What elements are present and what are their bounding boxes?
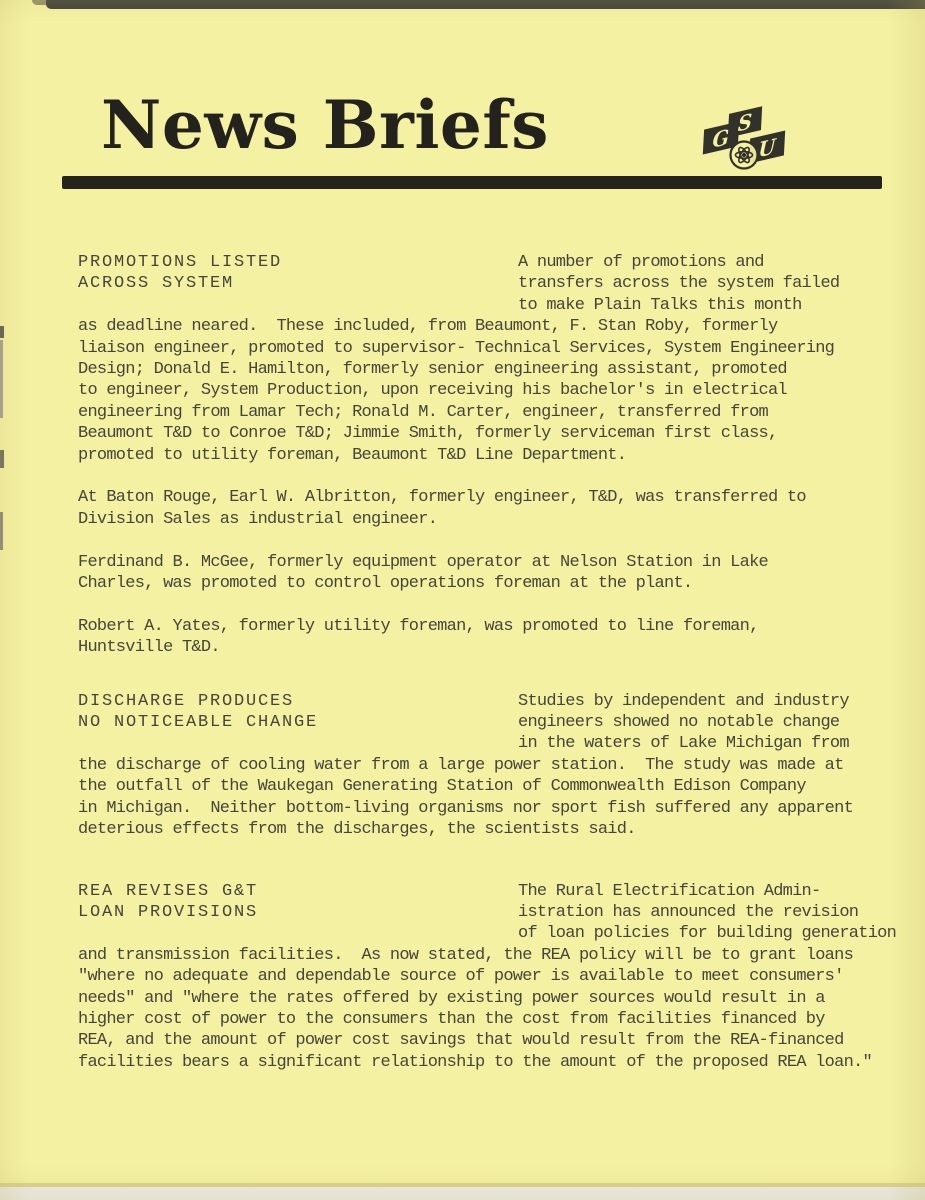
- section-intro-text: Studies by independent and industry engi…: [518, 691, 884, 755]
- masthead-divider-rule: [62, 176, 882, 189]
- article-content: PROMOTIONS LISTED ACROSS SYSTEM A number…: [78, 252, 884, 1073]
- section-promotions: PROMOTIONS LISTED ACROSS SYSTEM A number…: [78, 252, 884, 659]
- section-body-text: the discharge of cooling water from a la…: [78, 755, 884, 841]
- section-heading: REA REVISES G&T LOAN PROVISIONS: [78, 881, 518, 924]
- paper-edge-mark: [0, 512, 3, 550]
- section-paragraph: Robert A. Yates, formerly utility forema…: [78, 616, 884, 659]
- paper-edge-mark: [0, 326, 4, 338]
- section-discharge: DISCHARGE PRODUCES NO NOTICEABLE CHANGE …: [78, 691, 884, 841]
- section-heading: DISCHARGE PRODUCES NO NOTICEABLE CHANGE: [78, 691, 518, 734]
- logo-letter-u: U: [758, 134, 777, 163]
- section-head-row: PROMOTIONS LISTED ACROSS SYSTEM A number…: [78, 252, 884, 316]
- section-rea-loans: REA REVISES G&T LOAN PROVISIONS The Rura…: [78, 881, 884, 1074]
- gsu-logo-icon: G S U: [686, 96, 808, 184]
- paper-edge-mark: [0, 450, 4, 468]
- section-heading: PROMOTIONS LISTED ACROSS SYSTEM: [78, 252, 518, 295]
- paper-bottom-edge: [0, 1187, 925, 1200]
- section-paragraph: At Baton Rouge, Earl W. Albritton, forme…: [78, 487, 884, 530]
- section-intro-text: The Rural Electrification Admin- istrati…: [518, 881, 896, 945]
- masthead-title: News Briefs: [101, 92, 549, 158]
- section-intro-text: A number of promotions and transfers acr…: [518, 252, 884, 316]
- logo-emblem-icon: [731, 142, 758, 169]
- newsletter-page: News Briefs G S U: [0, 0, 925, 1200]
- scan-edge-top: [46, 0, 925, 9]
- logo-letter-s: S: [737, 109, 752, 137]
- paper-edge-mark: [0, 340, 3, 418]
- section-body-text: and transmission facilities. As now stat…: [78, 945, 884, 1073]
- logo-letter-g: G: [712, 125, 730, 153]
- section-head-row: REA REVISES G&T LOAN PROVISIONS The Rura…: [78, 881, 884, 945]
- section-head-row: DISCHARGE PRODUCES NO NOTICEABLE CHANGE …: [78, 691, 884, 755]
- section-body-text: as deadline neared. These included, from…: [78, 316, 884, 466]
- section-paragraph: Ferdinand B. McGee, formerly equipment o…: [78, 552, 884, 595]
